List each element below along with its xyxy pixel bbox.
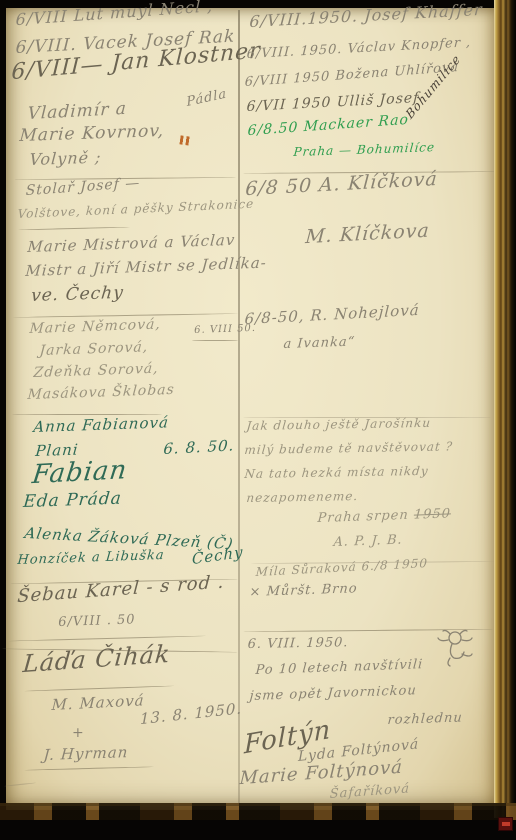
date-underline <box>192 340 238 341</box>
handwritten-entry: Zdeňka Sorová, <box>33 362 159 380</box>
handwritten-entry: Volyně ; <box>29 149 102 168</box>
handwritten-entry: a Ivanka“ <box>283 335 356 351</box>
book-page-edge <box>494 0 516 818</box>
handwritten-entry: milý budeme tě navštěvovat ? <box>244 440 454 456</box>
handwritten-entry: ve. Čechy <box>30 285 124 305</box>
handwritten-entry: × Můršt. Brno <box>249 582 358 599</box>
orange-ink-mark <box>179 135 190 145</box>
guestbook-scan: 6/VIII Lut muyl Necl , 6/VIII. Vacek Jos… <box>0 0 516 840</box>
bug-doodle-icon <box>436 628 474 670</box>
struck-year: 1950 <box>413 506 451 522</box>
red-square-marker <box>498 817 513 831</box>
handwritten-entry: nezapomeneme. <box>246 490 359 504</box>
red-marker-bar <box>502 822 510 826</box>
handwritten-initials: A. P. J. B. <box>333 534 403 549</box>
handwritten-entry: Jarka Sorová, <box>39 340 149 358</box>
handwritten-entry: Na tato hezká místa nikdy <box>244 465 429 480</box>
handwritten-entry: J. Hyrman <box>43 745 129 763</box>
handwritten-plus: + <box>72 726 85 740</box>
handwritten-date: 6. VIII. 1950. <box>247 636 348 651</box>
handwritten-entry: Plani <box>35 442 80 459</box>
bottom-border <box>0 820 516 840</box>
handwritten-entry: Jak dlouho ještě Jarošínku <box>246 417 432 432</box>
handwritten-entry: rozhlednu <box>387 711 463 727</box>
handwritten-entry: Eda Práda <box>23 491 123 512</box>
handwritten-date: 6. 8. 50. <box>163 438 235 457</box>
column-divider-line <box>238 10 240 806</box>
handwritten-signature: Fabian <box>31 457 129 488</box>
handwritten-date: 6/VIII . 50 <box>58 613 136 629</box>
